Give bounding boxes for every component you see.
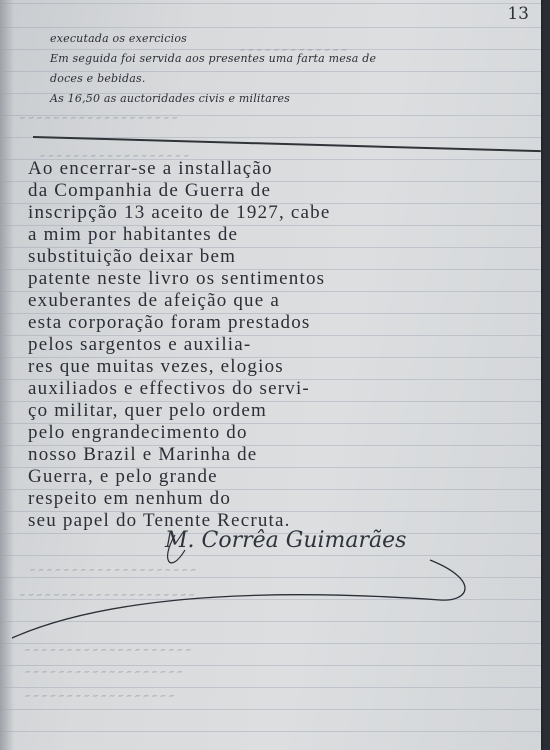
- text-line: Guerra, e pelo grande: [28, 466, 218, 488]
- text-line: executada os exercicios: [50, 32, 187, 45]
- text-line: da Companhia de Guerra de: [28, 180, 271, 202]
- text-line: esta corporação foram prestados: [28, 312, 311, 334]
- text-line: auxiliados e effectivos do servi-: [28, 378, 310, 400]
- text-line: doces e bebidas.: [50, 72, 146, 85]
- ditto-marks: ˶ ˶ ˶ ˶ ˶ ˶ ˶ ˶ ˶ ˶ ˶ ˶ ˶ ˶ ˶ ˶ ˶ ˶: [25, 686, 173, 702]
- text-line: respeito em nenhum do: [28, 488, 231, 510]
- text-line: exuberantes de afeição que a: [28, 290, 280, 312]
- text-line: pelo engrandecimento do: [28, 422, 248, 444]
- text-line: pelos sargentos e auxilia-: [28, 334, 251, 356]
- ditto-marks: ˶ ˶ ˶ ˶ ˶ ˶ ˶ ˶ ˶ ˶ ˶ ˶ ˶ ˶ ˶ ˶ ˶ ˶ ˶: [20, 108, 177, 124]
- text-line: res que muitas vezes, elogios: [28, 356, 284, 378]
- book-edge: [541, 0, 543, 750]
- ditto-marks: ˶ ˶ ˶ ˶ ˶ ˶ ˶ ˶ ˶ ˶ ˶ ˶ ˶ ˶ ˶ ˶ ˶ ˶ ˶: [25, 662, 182, 678]
- text-line: a mim por habitantes de: [28, 224, 238, 246]
- text-line: ço militar, quer pelo ordem: [28, 400, 267, 422]
- ditto-marks: ˶ ˶ ˶ ˶ ˶ ˶ ˶ ˶ ˶ ˶ ˶ ˶ ˶ ˶ ˶ ˶ ˶ ˶ ˶ ˶: [25, 640, 190, 656]
- ledger-page: 13 ˶ ˶ ˶ ˶ ˶ ˶ ˶ ˶ ˶ ˶ ˶ ˶ ˶ ˶ ˶ ˶ ˶ ˶ ˶…: [0, 0, 543, 750]
- text-line: patente neste livro os sentimentos: [28, 268, 325, 290]
- text-line: Em seguida foi servida aos presentes uma…: [50, 52, 376, 65]
- ditto-marks: ˶ ˶ ˶ ˶ ˶ ˶ ˶ ˶ ˶ ˶ ˶ ˶ ˶ ˶ ˶ ˶ ˶ ˶ ˶ ˶ …: [20, 585, 194, 601]
- text-line: inscripção 13 aceito de 1927, cabe: [28, 202, 330, 224]
- signature-flourish: [0, 520, 480, 640]
- text-line: Ao encerrar-se a installação: [28, 158, 273, 180]
- text-line: nosso Brazil e Marinha de: [28, 444, 257, 466]
- text-line: As 16,50 as auctoridades civis e militar…: [50, 92, 290, 105]
- page-number: 13: [507, 4, 529, 24]
- text-line: substituição deixar bem: [28, 246, 236, 268]
- ditto-marks: ˶ ˶ ˶ ˶ ˶ ˶ ˶ ˶ ˶ ˶ ˶ ˶ ˶ ˶ ˶ ˶ ˶ ˶ ˶ ˶: [30, 560, 195, 576]
